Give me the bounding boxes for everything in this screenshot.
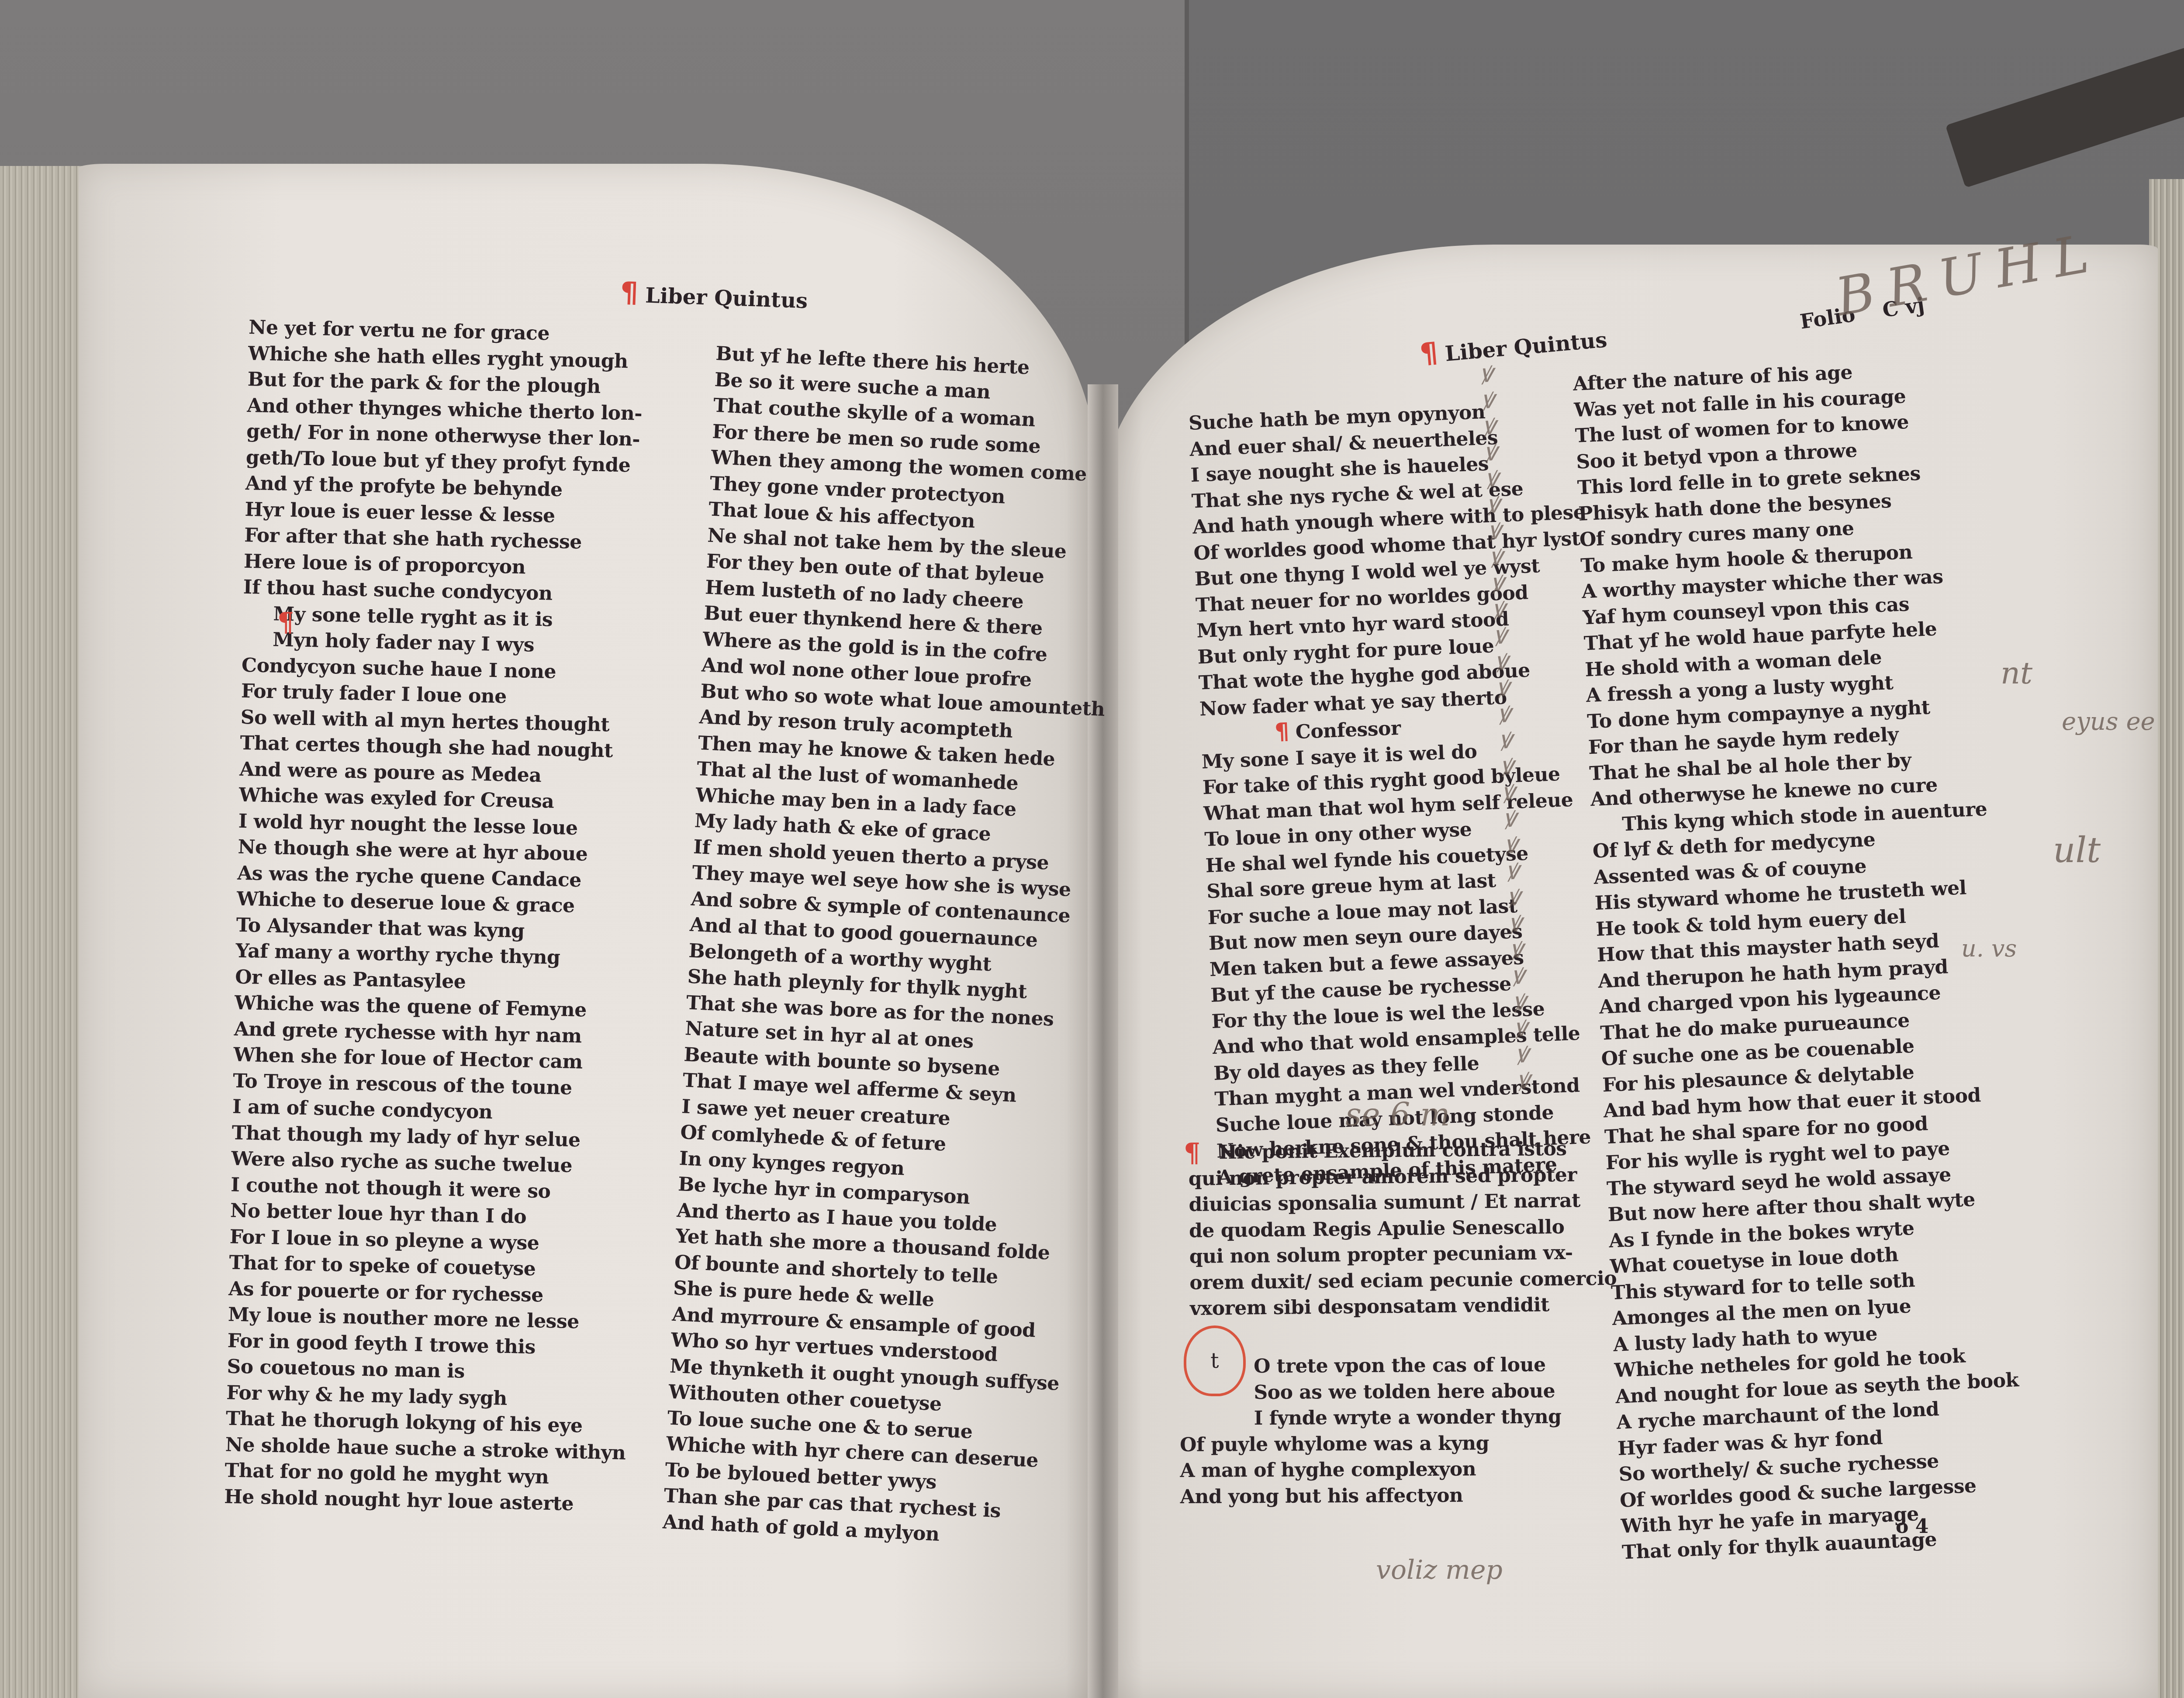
running-head-title: Liber Quintus bbox=[645, 283, 808, 314]
marginalia-right-note: nt bbox=[2001, 655, 2032, 691]
left-page-column-2: But yf he lefte there his herte Be so it… bbox=[662, 341, 1121, 1553]
pilcrow-icon: ¶ bbox=[277, 607, 294, 638]
signature-mark: o 4 bbox=[1896, 1515, 1928, 1538]
marginalia-right-note: u. vs bbox=[1961, 935, 2017, 962]
gloss-line: Hic ponit Exemplum contra istos bbox=[1188, 1135, 1615, 1166]
marginalia-right-note: ult bbox=[2053, 830, 2101, 870]
gloss-line: orem duxit/ sed eciam pecunie comercio bbox=[1189, 1265, 1617, 1296]
right-page-column-1-bottom: O trete vpon the cas of loue Soo as we t… bbox=[1179, 1352, 1562, 1510]
marginalia-mid-scribble: se 6 m bbox=[1345, 1096, 1450, 1133]
left-running-head: ¶ Liber Quintus bbox=[620, 276, 809, 315]
gloss-line: qui non solum propter pecuniam vx- bbox=[1189, 1239, 1616, 1270]
pilcrow-icon: ¶ bbox=[1419, 336, 1439, 370]
left-page-column-1: Ne yet for vertu ne for grace Whiche she… bbox=[224, 314, 650, 1518]
right-page-column-2: After the nature of his age Was yet not … bbox=[1572, 354, 2026, 1565]
gloss-line: diuicias sponsalia sumunt / Et narrat bbox=[1189, 1187, 1616, 1218]
gloss-line: vxorem sibi desponsatam vendidit bbox=[1190, 1291, 1617, 1322]
gloss-line: de quodam Regis Apulie Senescallo bbox=[1189, 1213, 1616, 1244]
verse-line: I fynde wryte a wonder thyng bbox=[1180, 1404, 1562, 1432]
verse-line: Of puyle whylome was a kyng bbox=[1180, 1430, 1562, 1458]
verse-line: O trete vpon the cas of loue bbox=[1179, 1352, 1561, 1380]
pilcrow-icon: ¶ bbox=[1274, 718, 1289, 745]
gloss-line: qui non propter amorem sed propter bbox=[1189, 1161, 1616, 1192]
marginalia-right-note: eyus ee bbox=[2062, 707, 2155, 736]
verse-line: And yong but his affectyon bbox=[1180, 1482, 1562, 1510]
latin-gloss: Hic ponit Exemplum contra istos qui non … bbox=[1188, 1135, 1617, 1322]
verse-line: A man of hyghe complexyon bbox=[1180, 1456, 1562, 1484]
left-fore-edge bbox=[0, 166, 83, 1698]
verse-line: Soo as we tolden here aboue bbox=[1179, 1378, 1561, 1406]
pilcrow-icon: ¶ bbox=[620, 276, 639, 309]
marginalia-bottom-scribble: voliz mep bbox=[1376, 1555, 1503, 1585]
